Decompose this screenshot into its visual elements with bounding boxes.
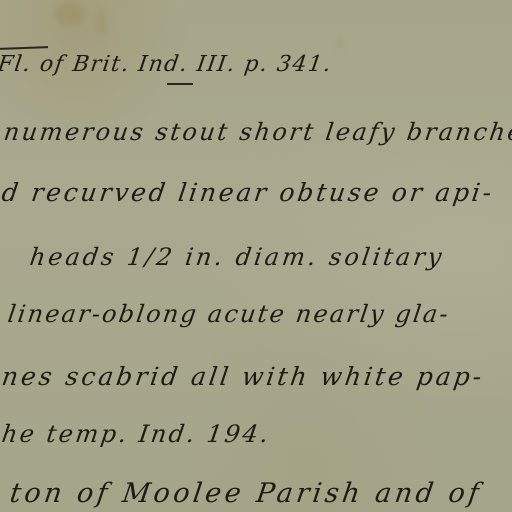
text-line-7: he temp. Ind. 194.	[0, 420, 272, 448]
paper-stain	[55, 2, 85, 26]
text-line-5: linear-oblong acute nearly gla-	[6, 300, 452, 328]
paper-stain	[335, 38, 345, 48]
text-line-8: ton of Moolee Parish and of	[8, 478, 484, 509]
text-line-4: heads 1/2 in. diam. solitary	[28, 243, 446, 271]
paper-stain	[95, 8, 107, 38]
volume-underline	[167, 83, 193, 85]
text-line-6: nes scabrid all with white pap-	[0, 362, 486, 391]
text-line-3: d recurved linear obtuse or api-	[0, 178, 496, 207]
text-line-1: Fl. of Brit. Ind. III. p. 341.	[0, 52, 334, 77]
text-line-2: numerous stout short leafy branches	[2, 118, 512, 146]
